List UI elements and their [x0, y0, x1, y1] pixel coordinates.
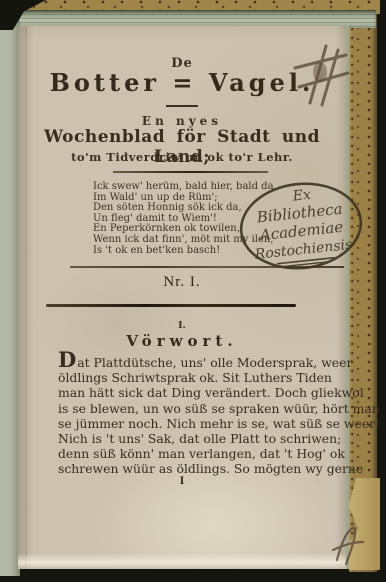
drop-cap: D: [58, 347, 77, 372]
body-line: man hätt sick dat Ding verändert. Doch g…: [58, 385, 330, 400]
body-line: öldlings Schriwtsprak ok. Sit Luthers Ti…: [58, 370, 330, 385]
body-line: Dat Plattdütsche, uns' olle Modersprak, …: [58, 355, 330, 370]
divider-rule: [70, 266, 344, 268]
article-body: Dat Plattdütsche, uns' olle Modersprak, …: [58, 355, 330, 477]
divider-rule-thick: [46, 304, 296, 307]
stamp-text: Ex: [291, 187, 312, 205]
body-line: Nich is 't uns' Sak, dat olle Platt to s…: [58, 431, 330, 446]
library-stamp: Ex Bibliotheca Academiae Rostochiensis: [235, 175, 367, 277]
scanned-book-page: De Botter = Vagel. En nyes Wochenblad fö…: [0, 0, 386, 582]
page-fold-crease: [25, 26, 28, 569]
signature-mark: I: [18, 476, 346, 487]
title-rule: [166, 105, 198, 107]
issue-number: Nr. I.: [18, 274, 346, 291]
body-line: schrewen wüür as öldlings. So mögten wy …: [58, 461, 330, 476]
handwritten-initial-mark-icon: [329, 522, 367, 568]
series-line: En nyes: [18, 114, 346, 128]
divider-rule: [113, 171, 268, 173]
page-bottom-edge: [18, 553, 346, 569]
series-subtitle: to'm Tidverdriw un ok to'r Lehr.: [18, 150, 346, 164]
cover-left-band: [0, 20, 20, 576]
body-line: se jümmer noch. Nich mehr is se, wat süß…: [58, 416, 330, 431]
body-line: denn süß könn' man verlangen, dat 't Hog…: [58, 446, 330, 461]
section-number: I.: [18, 320, 346, 331]
crossed-out-ink-mark-icon: [292, 41, 350, 109]
body-line: is se blewen, un wo süß se spraken wüür,…: [58, 401, 330, 416]
